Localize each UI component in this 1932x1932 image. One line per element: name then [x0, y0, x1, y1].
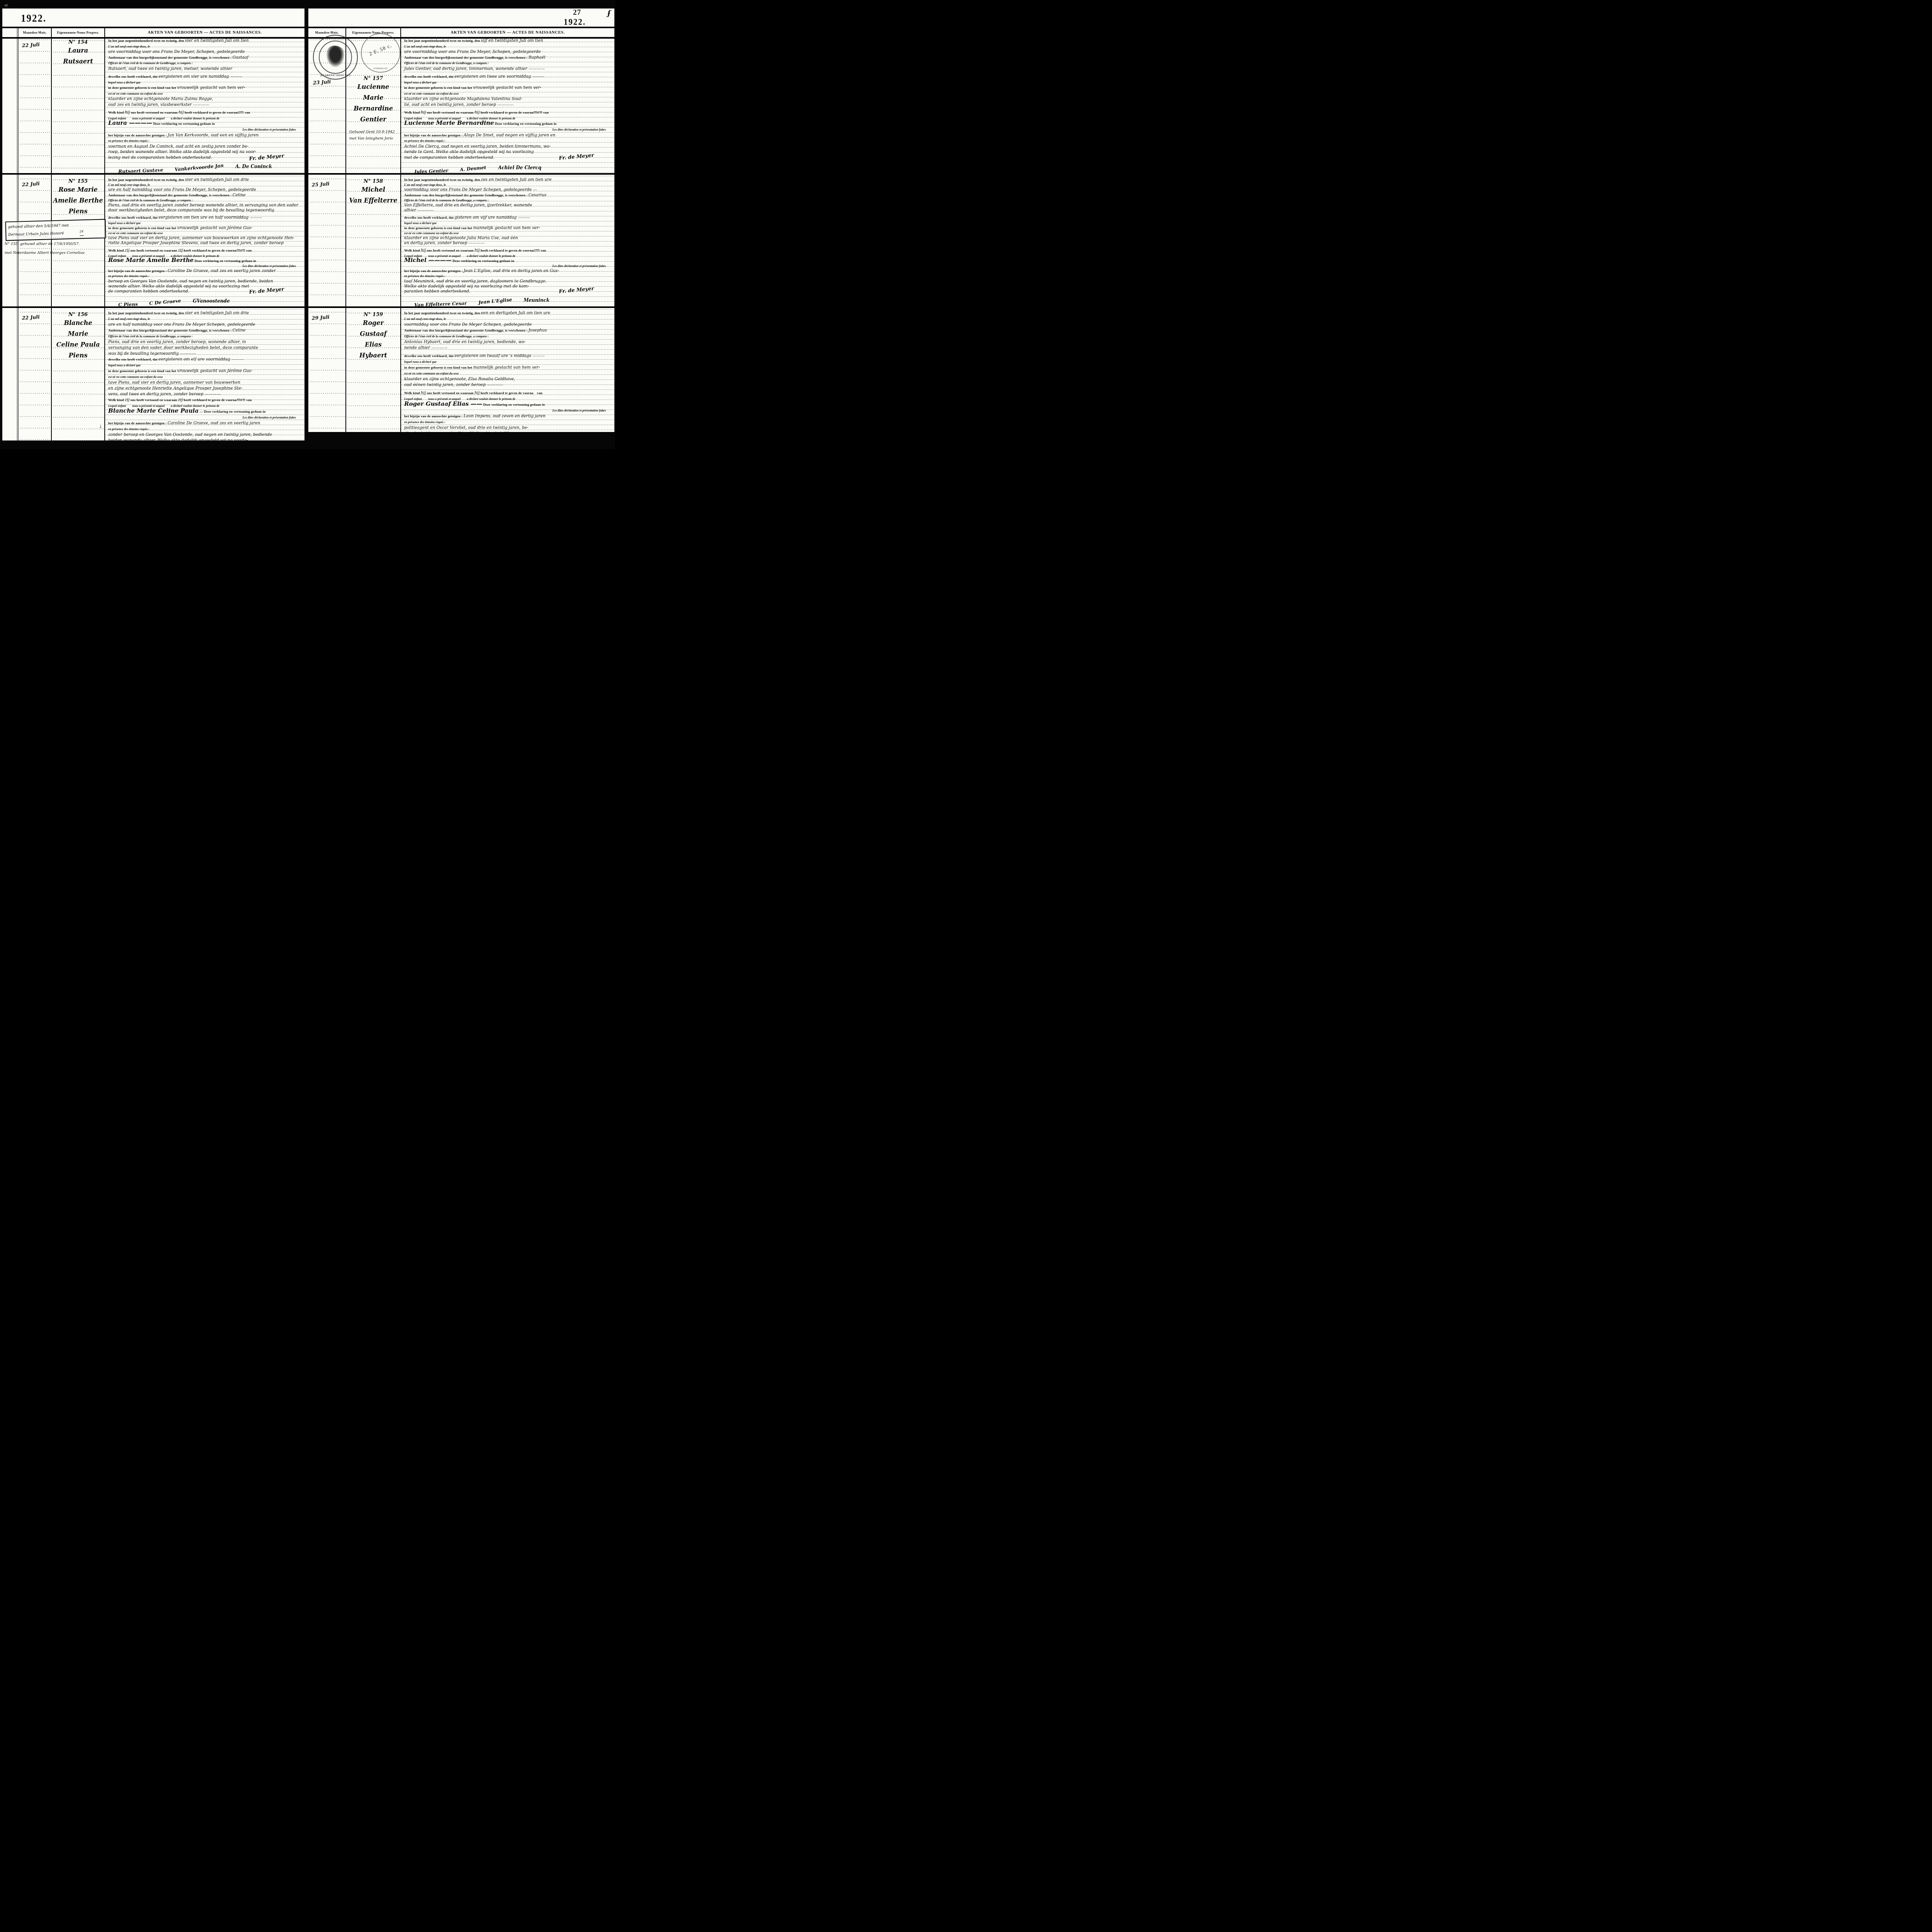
body-line: en présence des témoins requis :	[404, 273, 612, 278]
text-p: ons heeft vertoond en waaraan	[130, 111, 179, 114]
entries: 23 JuliN° 157LucienneMarieBernardineGent…	[308, 36, 614, 432]
text-h: ure en half namiddag voor ons Frans De M…	[108, 322, 255, 327]
text-h: tave Piens oud vier en dertig jaren, aan…	[108, 236, 294, 240]
signature: GVanoostende	[193, 299, 230, 304]
text-h: vier en twintigsten Juli om tien	[185, 38, 249, 43]
body-line: klaarder en zijne echtgenoote Magdalena …	[404, 96, 612, 102]
text-p: , is verschenen :	[503, 56, 529, 60]
paraph-mark: ʄ	[607, 9, 611, 17]
marginal-marriage-note: N° 155. gehuwd alhier de 17/6/1950/57.me…	[5, 240, 105, 257]
text-p: het bijzijn van de aanzochte getuigen :	[108, 421, 168, 425]
act-body: In het jaar negentienhonderd twee en twi…	[401, 308, 614, 432]
text-p: dewelke ons heeft verklaard, dat	[404, 354, 454, 358]
text-h: hij	[474, 248, 480, 253]
text-p: van	[244, 111, 250, 114]
text-h: lié, oud acht en twintig jaren, zonder b…	[404, 102, 514, 107]
body-line: het bijzijn van de aanzochte getuigen : …	[404, 268, 612, 273]
body-line: Les dites déclaration et présentation fa…	[404, 126, 612, 132]
body-line: L'an mil neuf cent vingt-deux, le	[404, 316, 612, 321]
text-h: vrouwelijk geslacht van hem ver-	[177, 85, 245, 90]
text-p: heeft verklaard te geven de voorna	[480, 391, 533, 395]
text-p: dewelke ons heeft verklaard, dat	[404, 216, 454, 219]
signature: Meuninck	[524, 298, 549, 303]
body-line: dewelke ons heeft verklaard, dat eergist…	[404, 353, 612, 359]
body-line: Les dites déclaration et présentation fa…	[108, 263, 302, 268]
text-pb: Gendbrugge	[189, 56, 207, 60]
text-h: Celine	[233, 328, 246, 333]
text-h: voormiddag voor ons Frans De Meyer Schep…	[404, 322, 532, 327]
body-line: klaarder en zijne echtgenoote, Elsa Rosa…	[404, 376, 612, 382]
body-line: Officier de l'état-civil de la commune d…	[108, 333, 302, 339]
text-h: mannelijk geslacht van hem ver-	[473, 365, 540, 370]
text-h: gisteren om vijf ure namiddag ———	[454, 215, 530, 220]
text-h: vrouwelijk geslacht van hem ver-	[473, 85, 541, 90]
entries: 22 JuliN° 154LauraRutsaertIn het jaar ne…	[2, 36, 304, 440]
act-body: In het jaar negentienhonderd twee en twi…	[401, 36, 614, 173]
text-p: in deze gemeente geboren is een kind van…	[404, 366, 473, 369]
text-hb: Blanche Marie Celine Paula	[108, 407, 199, 414]
text-h: zij	[125, 398, 129, 402]
text-p: het bijzijn van de aanzochte getuigen :	[404, 269, 464, 273]
body-line: Officier de l'état-civil de la commune d…	[108, 197, 302, 202]
signature-row: Rutsaert GustaveVankerkvoorde JanA. De C…	[108, 162, 302, 173]
body-line: Rutsaert, oud twee en twintig jaren, met…	[108, 66, 302, 71]
body-line: was bij de bevalling tegenwoordig ————	[108, 350, 302, 356]
text-f: Les dites déclaration et présentation fa…	[243, 264, 296, 268]
text-p: Deze verklaring en vertooning gedaan in	[152, 122, 215, 126]
signature: Jules Gentier	[414, 168, 449, 173]
text-fb: Gendbrugge	[456, 61, 472, 65]
text-h: riette Angelique Prosper Josephine Steve…	[108, 241, 284, 245]
body-line: beroep en Georges Van Oostende, oud nege…	[108, 278, 302, 283]
act-number: N° 159	[346, 312, 400, 318]
child-name: Laura	[52, 45, 104, 56]
text-pb: Gendbrugge	[485, 193, 503, 197]
signature: A. De Coninck	[235, 164, 272, 169]
text-f: en présence des témoins requis :	[108, 274, 149, 278]
body-line: ure voormiddag voor ons Frans De Meyer, …	[108, 49, 302, 54]
text-hb: Laura ————	[108, 119, 152, 126]
entry-row: 23 JuliN° 157LucienneMarieBernardineGent…	[308, 36, 614, 175]
body-line: Blanche Marie Celine Paula — Deze verkla…	[108, 408, 302, 414]
text-p: , is verschenen :	[207, 56, 233, 60]
text-h: diende, beiden wonende alhier. Welke akt…	[404, 431, 523, 432]
body-line: het bijzijn van de aanzochte getuigen : …	[108, 268, 302, 273]
body-line: en présence des témoins requis :	[404, 419, 612, 425]
text-h: taaf Meuninck, oud drie en veertig jaren…	[404, 279, 547, 284]
body-line: lequel nous a déclaré que	[404, 79, 612, 85]
text-f: , a comparu :	[176, 335, 193, 338]
text-h: zij	[178, 398, 183, 402]
entry-row: 22 JuliN° 154LauraRutsaertIn het jaar ne…	[2, 36, 304, 175]
text-p: Deze verklaring en vertooning gedaan in	[194, 259, 256, 263]
body-line: beiden wonende alhier. Welke akte dadeli…	[108, 437, 302, 440]
column-header-acts: AKTEN VAN GEBOORTEN — ACTES DE NAISSANCE…	[401, 31, 614, 35]
page-right: 27ʄ1922.Maanden-Mois.Eigennamen-Noms Pro…	[308, 9, 614, 432]
text-h: eergisteren om tien ure en half voormidd…	[158, 215, 262, 220]
text-h: lezing met de comparanten hebben onderte…	[108, 155, 212, 160]
text-p: Deze verklaring en vertooning gedaan in	[494, 122, 556, 126]
text-f: L'an mil neuf cent vingt-deux, le	[108, 45, 150, 48]
text-f: Officier de l'état-civil de la commune d…	[108, 335, 160, 338]
text-p: van	[540, 248, 546, 252]
child-name: Piens	[52, 206, 104, 217]
marriage-note: Gehuwd Gent 10-9-1942met Van Ieteghem Jo…	[346, 125, 400, 142]
date-cell: 22 Juli	[19, 308, 52, 440]
body-line: het bijzijn van de aanzochte getuigen : …	[108, 420, 302, 426]
text-p: van	[533, 391, 543, 395]
text-f: L'an mil neuf cent vingt-deux, le	[108, 317, 150, 321]
body-line: in deze gemeente geboren is een kind van…	[108, 85, 302, 90]
page-number: 27	[573, 9, 581, 17]
entry-row: 22 JuliN° 156BlancheMarieCeline PaulaPie…	[2, 308, 304, 440]
page-left: 1922.Maanden-Mois.Eigennamen-Noms Propre…	[2, 9, 304, 440]
body-line: in deze gemeente geboren is een kind van…	[404, 364, 612, 370]
text-h: hij	[421, 391, 426, 395]
act-number: N° 154	[52, 39, 104, 45]
text-h: Celine	[233, 193, 246, 197]
text-p: Welk kind	[108, 248, 125, 252]
corner-mark: a)	[5, 3, 8, 7]
text-h: ure voormiddag voor ons Frans De Meyer, …	[108, 49, 245, 54]
date-cell: 29 Juli	[308, 308, 346, 432]
child-name: Celine Paula	[52, 339, 104, 350]
act-body: In het jaar negentienhonderd twee en twi…	[105, 308, 304, 440]
body-line: dewelke ons heeft verklaard, dat eergist…	[108, 214, 302, 219]
body-line: het bijzijn van de aanzochte getuigen : …	[404, 132, 612, 138]
body-line: en présence des témoins requis :	[108, 426, 302, 432]
body-line: dewelke ons heeft verklaard, dat eergist…	[404, 73, 612, 79]
body-line: in deze gemeente geboren is een kind van…	[108, 368, 302, 374]
text-h: eergisteren om elf ure voormiddag ———	[158, 357, 244, 362]
name-cell: N° 154LauraRutsaert	[52, 36, 105, 173]
body-line: lequel nous a déclaré que	[108, 79, 302, 85]
body-line: Antonius Hybaert, oud drie en twintig ja…	[404, 339, 612, 345]
body-line: In het jaar negentienhonderd twee en twi…	[404, 177, 612, 182]
body-line: Achiel De Clercq, oud negen en veertig j…	[404, 143, 612, 149]
text-f: lequel nous a déclaré que	[404, 81, 437, 84]
body-line: Rose Marie Amelie Berthe Deze verklaring…	[108, 258, 302, 263]
text-hb: Lucienne Marie Bernardine	[404, 119, 494, 126]
text-h: vervanging van den vader, door werkbezig…	[108, 345, 258, 350]
body-line: L'an mil neuf cent vingt-deux, le	[108, 43, 302, 49]
text-h: Rutsaert, oud twee en twintig jaren, met…	[108, 66, 232, 71]
text-h: Jules Gentier, oud dertig jaren, timmerm…	[404, 66, 545, 71]
body-line: en présence des témoins requis :	[404, 138, 612, 143]
body-line: Piens, oud drie en veertig jaren zonder …	[108, 202, 302, 207]
body-line: klaarder en zijne echtgenoote Julia Mari…	[404, 235, 612, 240]
body-line: est né en cette commune un enfant du sex…	[108, 90, 302, 96]
stamp-ring-text: FORMAAT	[362, 67, 400, 70]
text-h: am	[237, 110, 243, 115]
text-h: beiden wonende alhier. Welke akte dadeli…	[108, 438, 248, 440]
text-f: lequel nous a déclaré que	[108, 221, 141, 225]
text-f: L'an mil neuf cent vingt-deux, le	[404, 317, 446, 321]
text-h: men	[236, 398, 245, 402]
act-body: In het jaar negentienhonderd twee en twi…	[105, 36, 304, 173]
body-line: het bijzijn van de aanzochte getuigen : …	[404, 413, 612, 419]
margin-strip	[2, 308, 19, 440]
body-line: vens, oud twee en dertig jaren, zonder b…	[108, 391, 302, 397]
page-header: 1922.	[2, 9, 304, 27]
fiscal-stamp: 2 F. 50 c.FORMAAT	[361, 33, 400, 73]
text-p: van	[245, 248, 252, 252]
body-line: lequel nous a déclaré que	[108, 362, 302, 368]
text-f: Officier de l'état-civil de la commune d…	[108, 61, 160, 65]
text-p: Deze verklaring en vertooning gedaan in	[452, 259, 514, 263]
body-line: tave Piens oud vier en dertig jaren, aan…	[108, 235, 302, 240]
child-name: Elias	[346, 339, 400, 350]
text-p: , is verschenen :	[207, 193, 233, 197]
text-h: door werkbezigheden belet, deze comparan…	[108, 208, 274, 213]
year-label: 1922.	[21, 13, 46, 24]
body-line: In het jaar negentienhonderd twee en twi…	[108, 177, 302, 182]
text-h: zij	[178, 248, 183, 253]
text-p: dewelke ons heeft verklaard, dat	[108, 357, 158, 361]
text-p: heeft verklaard te geven de voorna	[183, 248, 236, 252]
text-p: Ambtenaar van den burgerlijkenstand der …	[108, 56, 189, 60]
date-cell: 22 Juli	[19, 36, 52, 173]
body-line: Welk kind hij ons heeft vertoond en waar…	[108, 109, 302, 115]
body-line: en zijne echtgenoote Henriette Angelique…	[108, 385, 302, 391]
register-scan: a) 1922.Maanden-Mois.Eigennamen-Noms Pro…	[0, 0, 615, 449]
text-h: mannelijk geslacht van hem ver-	[473, 226, 540, 230]
name-cell: N° 159RogerGustaafEliasHybaert	[346, 308, 401, 432]
page-header: 27ʄ1922.	[308, 9, 614, 27]
signature: Achiel De Clercq	[498, 165, 541, 170]
text-h: Jean L'Eglise, oud drie en dertig jaren …	[464, 269, 559, 273]
text-h: zes en twintigsten Juli om tien ure	[481, 177, 552, 182]
text-h: tave Piens, oud vier en dertig jaren, aa…	[108, 380, 240, 385]
text-p: dewelke ons heeft verklaard, dat	[404, 75, 454, 78]
text-p: ons heeft vertoond en waaraan	[426, 111, 474, 114]
text-h: Caroline De Graeve, oud zes en veertig j…	[168, 269, 276, 273]
body-line: Ambtenaar van den burgerlijkenstand der …	[108, 192, 302, 197]
body-line: nende alhier ————	[404, 345, 612, 350]
body-line: Welk kind hij ons heeft vertoond en waar…	[404, 109, 612, 115]
text-f: Les dites déclaration et présentation fa…	[553, 264, 606, 268]
text-h: en dertig jaren, zonder beroep ————	[404, 241, 485, 245]
body-line: Jules Gentier, oud dertig jaren, timmerm…	[404, 66, 612, 71]
text-h: hij	[421, 248, 426, 253]
text-p: heeft verklaard te geven de voorna	[480, 111, 533, 114]
act-body: In het jaar negentienhonderd twee en twi…	[401, 175, 614, 306]
text-f: lequel nous a déclaré que	[404, 360, 437, 364]
text-h: Antonius Hybaert, oud drie en twintig ja…	[404, 340, 526, 344]
text-h: vrouwelijk geslacht van Jérôme Gus-	[177, 226, 253, 230]
marriage-note-line: met Van Ieteghem Joris	[349, 135, 400, 142]
text-p: In het jaar negentienhonderd twee en twi…	[108, 39, 185, 43]
child-name: Rutsaert	[52, 56, 104, 67]
act-number: N° 158	[346, 179, 400, 184]
text-f: lequel nous a déclaré que	[108, 364, 141, 367]
act-number: N° 155	[52, 179, 104, 184]
name-cell: N° 156BlancheMarieCeline PaulaPiens↓	[52, 308, 105, 440]
text-h: de comparanten hebben onderteekend.	[108, 289, 189, 294]
body-line: taaf Meuninck, oud drie en veertig jaren…	[404, 278, 612, 283]
text-p: in deze gemeente geboren is een kind van…	[404, 86, 473, 90]
body-line: Van Effelterre, oud drie en dertig jaren…	[404, 202, 612, 207]
text-f: , a comparu :	[472, 61, 489, 65]
text-p: heeft verklaard te geven de voorna	[183, 398, 236, 402]
text-f: L'an mil neuf cent vingt-deux, le	[404, 45, 446, 48]
text-h: men	[533, 110, 542, 115]
text-p: In het jaar negentienhonderd twee en twi…	[108, 311, 185, 315]
signatures: Fr. de MeyerJules GentierA. DesmetAchiel…	[404, 160, 612, 172]
stamp-ring-text: (FLORENT.-OOST VL.)	[314, 74, 357, 77]
text-p: het bijzijn van de aanzochte getuigen :	[108, 269, 168, 273]
text-h: politieagent en Oscar Vervliet, oud drie…	[404, 425, 528, 430]
signature: C Piens	[118, 301, 138, 306]
text-p: , is verschenen :	[503, 193, 529, 197]
act-number: N° 156	[52, 312, 104, 318]
body-line: dewelke ons heeft verklaard, dat gistere…	[404, 214, 612, 219]
body-line: Piens, oud drie en veertig jaren, zonder…	[108, 339, 302, 345]
text-p: Ambtenaar van den burgerlijkenstand der …	[404, 328, 485, 332]
text-p: ons heeft vertoond en waaraan	[129, 398, 178, 402]
body-line: In het jaar negentienhonderd twee en twi…	[108, 310, 302, 316]
text-f: en présence des témoins requis :	[404, 420, 445, 424]
child-name: Bernardine	[346, 103, 400, 114]
down-arrow-mark: ↓	[99, 423, 102, 430]
text-f: en présence des témoins requis :	[404, 274, 445, 278]
text-pb: Gendbrugge	[485, 328, 503, 332]
body-line: dewelke ons heeft verklaard, dat eergist…	[108, 356, 302, 362]
child-name: Amelie Berthe	[52, 195, 104, 206]
text-f: Les dites déclaration et présentation fa…	[553, 128, 606, 131]
child-name: Hybaert	[346, 350, 400, 361]
signatures: Fr. de MeyerC PiensC De GraeveGVanoosten…	[108, 293, 302, 306]
text-h: roep, beiden wonende alhier. Welke akte …	[108, 150, 256, 154]
text-h: hij	[125, 110, 130, 115]
child-name: Van Effelterre	[346, 195, 400, 206]
body-line: lequel nous a déclaré que	[108, 220, 302, 225]
text-h: oud zes en twintig jaren, vlasbewerkster…	[108, 102, 209, 107]
text-h: zij	[125, 248, 129, 253]
body-line: Welk kind zij ons heeft vertoond en waar…	[108, 247, 302, 252]
body-line: in deze gemeente geboren is een kind van…	[108, 225, 302, 230]
body-line: het bijzijn van de aanzochte getuigen : …	[108, 132, 302, 138]
text-h: klaarder en zijne echtgenoote Maria Zulm…	[108, 97, 213, 101]
body-line: Les dites déclaration et présentation fa…	[108, 126, 302, 132]
text-h: Piens, oud drie en veertig jaren zonder …	[108, 203, 298, 207]
text-h: een en dertigsten Juli om tien ure	[481, 311, 551, 315]
text-h: zonder beroep en Georges Van Oostende, o…	[108, 432, 272, 437]
year-label: 1922.	[564, 17, 586, 27]
body-line: Welk kind zij ons heeft vertoond en waar…	[108, 397, 302, 403]
child-name: Rose Marie	[52, 184, 104, 195]
text-p: van	[245, 398, 252, 402]
text-p: Deze verklaring en vertooning gedaan in	[482, 403, 545, 406]
marginal-line: N° 155. gehuwd alhier de 17/6/1950/57.	[5, 240, 105, 248]
body-line: Ambtenaar van den burgerlijkenstand der …	[404, 192, 612, 197]
text-p: Ambtenaar van den burgerlijkenstand der …	[108, 193, 189, 197]
text-h: Caroline De Graeve, oud zes en veertig j…	[168, 421, 260, 425]
child-name: Roger	[346, 318, 400, 328]
act-body: In het jaar negentienhonderd twee en twi…	[105, 175, 304, 306]
child-name: Marie	[52, 328, 104, 339]
body-line: lequel nous a déclaré que	[404, 359, 612, 364]
text-h: Gustaaf	[233, 55, 248, 60]
body-line: Roger Gustaaf Elias —— Deze verklaring e…	[404, 401, 612, 407]
body-line: zonder beroep en Georges Van Oostende, o…	[108, 432, 302, 437]
body-line: Les dites déclaration et présentation fa…	[404, 263, 612, 268]
text-p: Welk kind	[108, 111, 125, 114]
text-p: het bijzijn van de aanzochte getuigen :	[404, 133, 464, 137]
entry-date: 22 Juli	[18, 173, 51, 188]
body-line: alhier ————	[404, 207, 612, 212]
text-h: vens, oud twee en dertig jaren, zonder b…	[108, 392, 221, 396]
body-line: oud éénen twintig jaren, zonder beroep —…	[404, 382, 612, 388]
body-line: en présence des témoins requis :	[108, 273, 302, 278]
text-f: est né en cette commune un enfant du sex…	[404, 231, 459, 235]
text-f: Les dites déclaration et présentation fa…	[243, 416, 296, 419]
text-f: , a comparu :	[472, 199, 489, 202]
text-p: In het jaar negentienhonderd twee en twi…	[108, 178, 185, 182]
text-h: Piens, oud drie en veertig jaren, zonder…	[108, 340, 246, 344]
text-f: lequel nous a déclaré que	[404, 221, 437, 225]
text-h: klaarder en zijne echtgenoote, Elsa Rosa…	[404, 377, 515, 381]
body-line: in deze gemeente geboren is een kind van…	[404, 225, 612, 230]
body-line: Officier de l'état-civil de la commune d…	[404, 197, 612, 202]
body-line: L'an mil neuf cent vingt-deux, le	[108, 182, 302, 187]
text-p: ons heeft vertoond en waaraan	[129, 248, 178, 252]
child-name: Marie	[346, 92, 400, 103]
body-line: est né en cette commune un enfant du sex…	[404, 370, 612, 376]
text-p: in deze gemeente geboren is een kind van…	[108, 86, 177, 90]
text-fb: Gendbrugge	[456, 199, 472, 202]
text-p: Welk kind	[404, 111, 421, 114]
date-cell: 25 Juli	[308, 175, 346, 306]
text-f: , a comparu :	[176, 199, 193, 202]
text-h: was bij de bevalling tegenwoordig ————	[108, 351, 196, 356]
text-h: Welke akte dadelijk opgesteld wij na voo…	[404, 284, 529, 289]
lion-emblem	[326, 46, 345, 68]
name-cell: N° 158MichelVan Effelterre	[346, 175, 401, 306]
signatures: Fr. de MeyerVan Effelterre CesarJean L'E…	[404, 293, 612, 306]
marriage-note-line: Gehuwd Gent 10-9-1942	[349, 129, 400, 135]
text-h: Achiel De Clercq, oud negen en veertig j…	[404, 144, 551, 149]
body-line: door werkbezigheden belet, deze comparan…	[108, 207, 302, 212]
text-p: ons heeft vertoond en waaraan	[426, 248, 474, 252]
text-f: est né en cette commune un enfant du sex…	[404, 92, 459, 95]
body-line: Ambtenaar van den burgerlijkenstand der …	[404, 327, 612, 333]
text-h: voerman en August De Coninck, oud acht e…	[108, 144, 248, 149]
body-line: est né en cette commune un enfant du sex…	[404, 230, 612, 235]
entry-date: 22 Juli	[18, 34, 51, 49]
correction-mark: 24	[80, 228, 84, 236]
text-hb: Roger Gustaaf Elias ——	[404, 400, 482, 407]
margin-strip	[2, 36, 19, 173]
body-line: ure en half namiddag voor ons Frans De M…	[108, 321, 302, 327]
text-h: paranten hebben onderteekend.	[404, 289, 470, 294]
text-f: Officier de l'état-civil de la commune d…	[404, 335, 456, 338]
entry-date: 25 Juli	[308, 173, 346, 188]
text-h: ure voormiddag voor ons Frans De Meyer, …	[404, 49, 541, 54]
text-h: met de comparanten hebben onderteekend.	[404, 155, 495, 160]
text-h: nende alhier ————	[404, 345, 447, 350]
body-line: voormiddag voor ons Frans De Meyer Schep…	[404, 187, 612, 192]
body-line: L'an mil neuf cent vingt-deux, le	[404, 43, 612, 49]
text-h: eergisteren om twee ure voormiddag ———	[454, 74, 544, 79]
text-h: voormiddag voor ons Frans De Meyer Schep…	[404, 187, 537, 192]
text-f: Les dites déclaration et présentation fa…	[243, 128, 296, 131]
text-p: , is verschenen :	[503, 328, 529, 332]
text-p: in deze gemeente geboren is een kind van…	[108, 226, 177, 230]
body-line: est né en cette commune un enfant du sex…	[108, 230, 302, 235]
marginal-marriage-box: gehuwd alhier den 5/4/1947 metDermaut Ur…	[5, 219, 106, 241]
body-line: In het jaar negentienhonderd twee en twi…	[404, 310, 612, 316]
